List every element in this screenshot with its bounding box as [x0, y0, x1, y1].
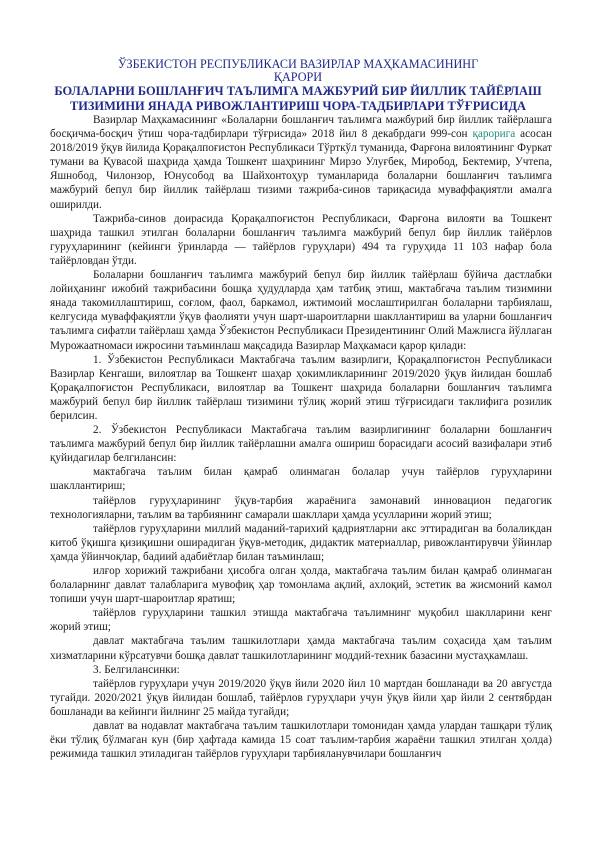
- paragraph-8: тайёрлов гуруҳларини миллий маданий-тари…: [50, 522, 552, 564]
- document-page: ЎЗБЕКИСТОН РЕСПУБЛИКАСИ ВАЗИРЛАР МАҲКАМА…: [0, 0, 596, 842]
- paragraph-13: тайёрлов гуруҳлари учун 2019/2020 ўқув й…: [50, 677, 552, 719]
- paragraph-2: Тажриба-синов доирасида Қорақалпоғистон …: [50, 212, 552, 268]
- paragraph-10: тайёрлов гуруҳларини ташкил этишда макта…: [50, 606, 552, 634]
- paragraph-14: давлат ва нодавлат мактабгача таълим таш…: [50, 719, 552, 761]
- paragraph-7: тайёрлов гуруҳларининг ўқув-тарбия жараё…: [50, 494, 552, 522]
- paragraph-9: илғор хорижий тажрибани ҳисобга олган ҳо…: [50, 564, 552, 606]
- paragraph-1-text-b: асосан 2018/2019 ўқув йилида Қорақалпоғи…: [50, 128, 552, 210]
- paragraph-12: 3. Белгилансинки:: [50, 663, 552, 677]
- paragraph-4: 1. Ўзбекистон Республикаси Мактабгача та…: [50, 353, 552, 423]
- paragraph-6: мактабгача таълим билан қамраб олинмаган…: [50, 465, 552, 493]
- paragraph-3: Болаларни бошланғич таълимга мажбурий бе…: [50, 268, 552, 353]
- paragraph-1: Вазирлар Маҳкамасининг «Болаларни бошлан…: [50, 113, 552, 212]
- decision-link[interactable]: қарорига: [472, 128, 515, 140]
- document-title: БОЛАЛАРНИ БОШЛАНҒИЧ ТАЪЛИМГА МАЖБУРИЙ БИ…: [0, 84, 596, 113]
- issuer-heading: ЎЗБЕКИСТОН РЕСПУБЛИКАСИ ВАЗИРЛАР МАҲКАМА…: [0, 57, 596, 71]
- document-type-heading: ҚАРОРИ: [0, 70, 596, 84]
- document-body: Вазирлар Маҳкамасининг «Болаларни бошлан…: [50, 113, 552, 761]
- document-title-line-1: БОЛАЛАРНИ БОШЛАНҒИЧ ТАЪЛИМГА МАЖБУРИЙ БИ…: [0, 84, 596, 99]
- paragraph-5: 2. Ўзбекистон Республикаси Мактабгача та…: [50, 423, 552, 465]
- document-title-line-2: ТИЗИМИНИ ЯНАДА РИВОЖЛАНТИРИШ ЧОРА-ТАДБИР…: [0, 99, 596, 114]
- paragraph-11: давлат мактабгача таълим ташкилотлари ҳа…: [50, 634, 552, 662]
